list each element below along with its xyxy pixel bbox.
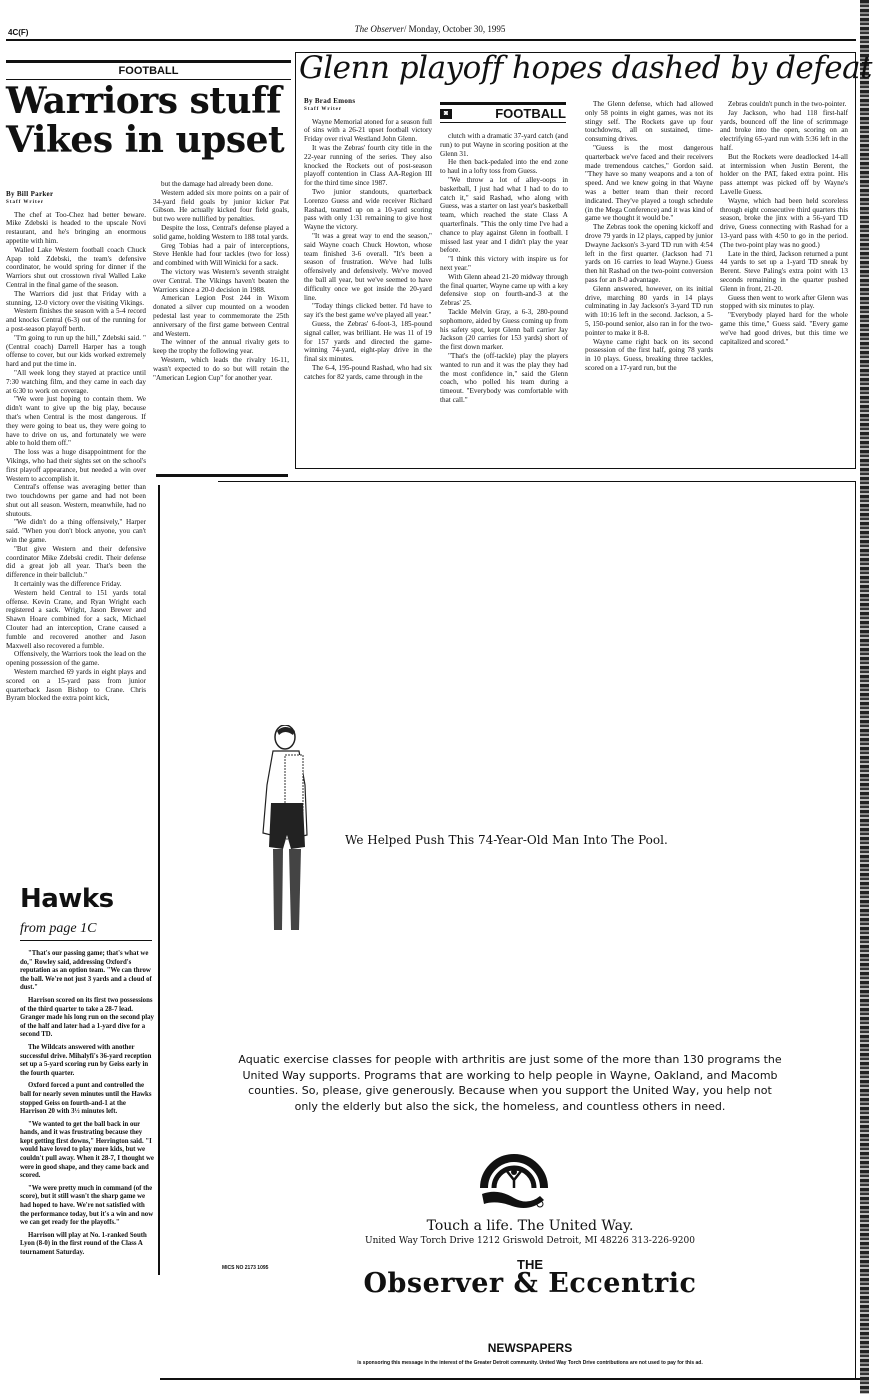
sponsor-subtitle: NEWSPAPERS [0, 1341, 876, 1355]
section-tag: ◙ FOOTBALL [440, 102, 566, 123]
paragraph: Zebras couldn't punch in the two-pointer… [720, 100, 848, 109]
paragraph: The winner of the annual rivalry gets to… [153, 338, 289, 356]
paragraph: He then back-pedaled into the end zone t… [440, 158, 568, 176]
byline-author: By Bill Parker [6, 190, 53, 198]
paragraph: But the Rockets were deadlocked 14-all a… [720, 153, 848, 197]
swimmer-illustration [255, 725, 330, 935]
jump-rule [20, 940, 152, 941]
paragraph: Walled Lake Western football coach Chuck… [6, 246, 146, 290]
article-body: The chef at Too-Chez had better beware. … [6, 211, 146, 704]
warriors-column-1: By Bill Parker Staff Writer The chef at … [6, 190, 146, 703]
article-end-rule [156, 474, 288, 477]
paragraph: "We throw a lot of alley-oops in basketb… [440, 176, 568, 255]
paragraph: Western held Central to 151 yards total … [6, 589, 146, 651]
paragraph: "I'm going to run up the hill," Zdebski … [6, 334, 146, 369]
byline-role: Staff Writer [6, 199, 146, 208]
paragraph: The 6-4, 195-pound Rashad, who had six c… [304, 364, 432, 382]
dateline: The Observer/ Monday, October 30, 1995 [0, 24, 860, 34]
sponsor-disclaimer: is sponsoring this message in the intere… [0, 1360, 876, 1366]
glenn-column-1: By Brad Emons Staff Writer Wayne Memoria… [304, 97, 432, 382]
paragraph: Western added six more points on a pair … [153, 189, 289, 224]
paragraph: Oxford forced a punt and controlled the … [20, 1082, 154, 1116]
paragraph: The Warriors did just that Friday with a… [6, 290, 146, 308]
glenn-column-2: clutch with a dramatic 37-yard catch (an… [440, 132, 568, 405]
byline: By Bill Parker Staff Writer [6, 190, 146, 208]
paragraph: Wayne came right back on its second poss… [585, 338, 713, 373]
paragraph: "We were just hoping to contain them. We… [6, 395, 146, 448]
ad-headline: We Helped Push This 74-Year-Old Man Into… [345, 833, 668, 847]
article-body: but the damage had already been done.Wes… [153, 180, 289, 382]
warriors-column-2: but the damage had already been done.Wes… [153, 180, 289, 382]
paragraph: It was the Zebras' fourth city title in … [304, 144, 432, 188]
warriors-headline: Warriors stuff Vikes in upset [6, 82, 291, 160]
paragraph: Despite the loss, Central's defense play… [153, 224, 289, 242]
paragraph: Guess, the Zebras' 6-foot-3, 185-pound s… [304, 320, 432, 364]
hawks-headline: Hawks [20, 884, 114, 914]
paragraph: American Legion Post 244 in Wixom donate… [153, 294, 289, 338]
dateline-paper: The Observer [355, 24, 404, 34]
paragraph: Western marched 69 yards in eight plays … [6, 668, 146, 703]
paragraph: It certainly was the difference Friday. [6, 580, 146, 589]
dateline-date: / Monday, October 30, 1995 [404, 24, 505, 34]
glenn-column-3: The Glenn defense, which had allowed onl… [585, 100, 713, 373]
paragraph: Wayne, which had been held scoreless thr… [720, 197, 848, 250]
paragraph: Guess then went to work after Glenn was … [720, 294, 848, 312]
ad-bottom-rule [160, 1378, 860, 1380]
paragraph: Greg Tobias had a pair of interceptions,… [153, 242, 289, 268]
paragraph: Two junior standouts, quarterback Lorenz… [304, 188, 432, 232]
paragraph: The Zebras took the opening kickoff and … [585, 223, 713, 285]
paragraph: The Glenn defense, which had allowed onl… [585, 100, 713, 144]
glenn-column-4: Zebras couldn't punch in the two-pointer… [720, 100, 848, 346]
paragraph: The Wildcats answered with another succe… [20, 1044, 154, 1078]
byline: By Brad Emons Staff Writer [304, 97, 432, 115]
article-body: Wayne Memorial atoned for a season full … [304, 118, 432, 382]
paragraph: "But give Western and their defensive co… [6, 545, 146, 580]
paragraph: Harrison scored on its first two possess… [20, 997, 154, 1040]
ad-slogan: Touch a life. The United Way. [0, 1218, 876, 1234]
paragraph: clutch with a dramatic 37-yard catch (an… [440, 132, 568, 158]
paragraph: "That's the (off-tackle) play the player… [440, 352, 568, 405]
football-icon: ◙ [440, 109, 452, 119]
paragraph: The victory was Western's seventh straig… [153, 268, 289, 294]
paragraph: Tackle Melvin Gray, a 6-3, 280-pound sop… [440, 308, 568, 352]
paragraph: Offensively, the Warriors took the lead … [6, 650, 146, 668]
header-rule [6, 39, 856, 41]
ad-address: United Way Torch Drive 1212 Griswold Det… [0, 1236, 876, 1246]
jump-line: from page 1C [20, 921, 96, 937]
paragraph: "We didn't do a thing offensively," Harp… [6, 518, 146, 544]
paragraph: The loss was a huge disappointment for t… [6, 448, 146, 483]
column-divider [158, 485, 160, 1275]
section-tag-label: FOOTBALL [495, 106, 566, 121]
paragraph: Jay Jackson, who had 118 first-half yard… [720, 109, 848, 153]
paragraph: "All week long they stayed at practice u… [6, 369, 146, 395]
section-kicker: FOOTBALL [6, 60, 291, 80]
glenn-headline: Glenn playoff hopes dashed by defeat [299, 50, 872, 86]
paragraph: but the damage had already been done. [153, 180, 289, 189]
byline-role: Staff Writer [304, 106, 432, 115]
paragraph: Western finishes the season with a 5-4 r… [6, 307, 146, 333]
paragraph: "That's our passing game; that's what we… [20, 950, 154, 993]
paragraph: Central's offense was averaging better t… [6, 483, 146, 518]
paragraph: "I think this victory with inspire us fo… [440, 255, 568, 273]
page-edge-binding [860, 0, 869, 1394]
united-way-logo-icon [478, 1148, 550, 1210]
paragraph: "We wanted to get the ball back in our h… [20, 1121, 154, 1181]
headline-line-2: Vikes in upset [6, 121, 291, 160]
paragraph: Late in the third, Jackson returned a pu… [720, 250, 848, 294]
paragraph: The chef at Too-Chez had better beware. … [6, 211, 146, 246]
paragraph: Glenn answered, however, on its initial … [585, 285, 713, 338]
byline-author: By Brad Emons [304, 97, 355, 105]
paragraph: Wayne Memorial atoned for a season full … [304, 118, 432, 144]
paragraph: With Glenn ahead 21-20 midway through th… [440, 273, 568, 308]
sponsor-masthead: Observer & Eccentric [0, 1268, 876, 1299]
paragraph: "Everybody played hard for the whole gam… [720, 311, 848, 346]
warriors-header: FOOTBALL Warriors stuff Vikes in upset [6, 60, 291, 160]
paragraph: "Guess is the most dangerous quarterback… [585, 144, 713, 223]
ad-body-copy: Aquatic exercise classes for people with… [235, 1052, 785, 1114]
headline-line-1: Warriors stuff [6, 82, 291, 121]
paragraph: "Today things clicked better. I'd have t… [304, 302, 432, 320]
hawks-body: "That's our passing game; that's what we… [20, 950, 154, 1262]
paragraph: Western, which leads the rivalry 16-11, … [153, 356, 289, 382]
paragraph: "It was a great way to end the season," … [304, 232, 432, 302]
